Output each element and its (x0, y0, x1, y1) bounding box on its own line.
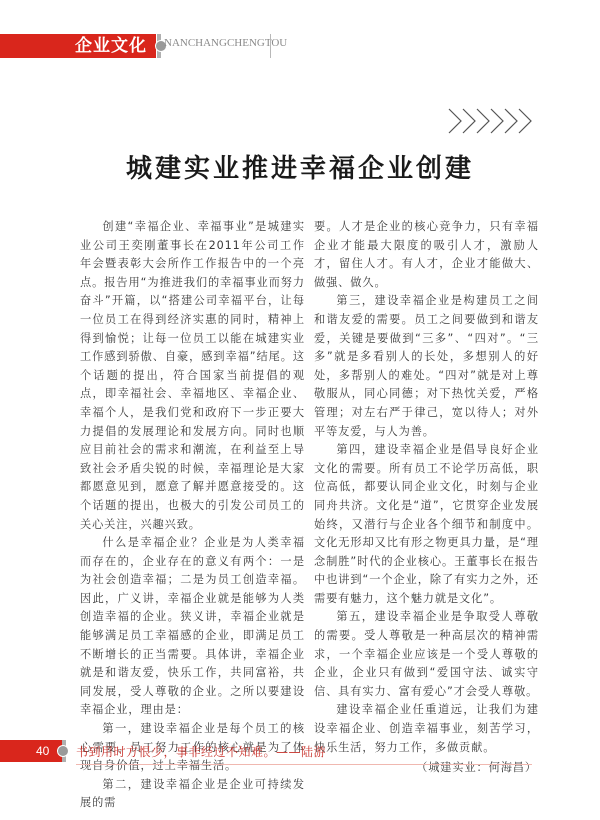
paragraph: 第四，建设幸福企业是倡导良好企业文化的需要。所有员工不论学历高低，职位高低，都要… (314, 441, 539, 608)
article-column-left: 创建“幸福企业、幸福事业”是城建实业公司王奕刚董事长在2011年公司工作年会暨表… (80, 218, 305, 813)
article-title: 城建实业推进幸福企业创建 (0, 148, 600, 185)
paragraph: 第五，建设幸福企业是争取受人尊敬的需要。受人尊敬是一种高层次的精神需求，一个幸福… (314, 608, 539, 701)
paragraph: 什么是幸福企业？企业是为人类幸福而存在的，企业存在的意义有两个：一是为社会创造幸… (80, 534, 305, 720)
paragraph: 创建“幸福企业、幸福事业”是城建实业公司王奕刚董事长在2011年公司工作年会暨表… (80, 218, 305, 534)
chevron-right-icon (476, 108, 490, 134)
author-signature: （城建实业：何海昌） (314, 759, 539, 778)
chevron-right-icon (490, 108, 504, 134)
footer-underline (76, 764, 532, 765)
chevron-right-icon (518, 108, 532, 134)
brand-name-en: NANCHANGCHENGTOU (164, 37, 287, 49)
article-column-right: 要。人才是企业的核心竞争力，只有幸福企业才能最大限度的吸引人才，激励人才，留住人… (314, 218, 539, 778)
page-number: 40 (36, 740, 49, 762)
footer-circle-icon (57, 745, 69, 757)
chevron-decoration (448, 108, 532, 134)
header-separator (270, 34, 271, 58)
section-title: 企业文化 (75, 35, 147, 57)
paragraph: 要。人才是企业的核心竞争力，只有幸福企业才能最大限度的吸引人才，激励人才，留住人… (314, 218, 539, 292)
chevron-right-icon (504, 108, 518, 134)
paragraph: 建设幸福企业任重道远，让我们为建设幸福企业、创造幸福事业，刻苦学习，快乐生活，努… (314, 701, 539, 757)
footer-quote: 书到用时方恨少，事非经过不知难。——陆游 (76, 743, 326, 760)
paragraph: 第二，建设幸福企业是企业可持续发展的需 (80, 776, 305, 813)
footer-band (0, 740, 62, 762)
chevron-right-icon (462, 108, 476, 134)
paragraph: 第三，建设幸福企业是构建员工之间和谐友爱的需要。员工之间要做到和谐友爱，关键是要… (314, 292, 539, 441)
chevron-right-icon (448, 108, 462, 134)
